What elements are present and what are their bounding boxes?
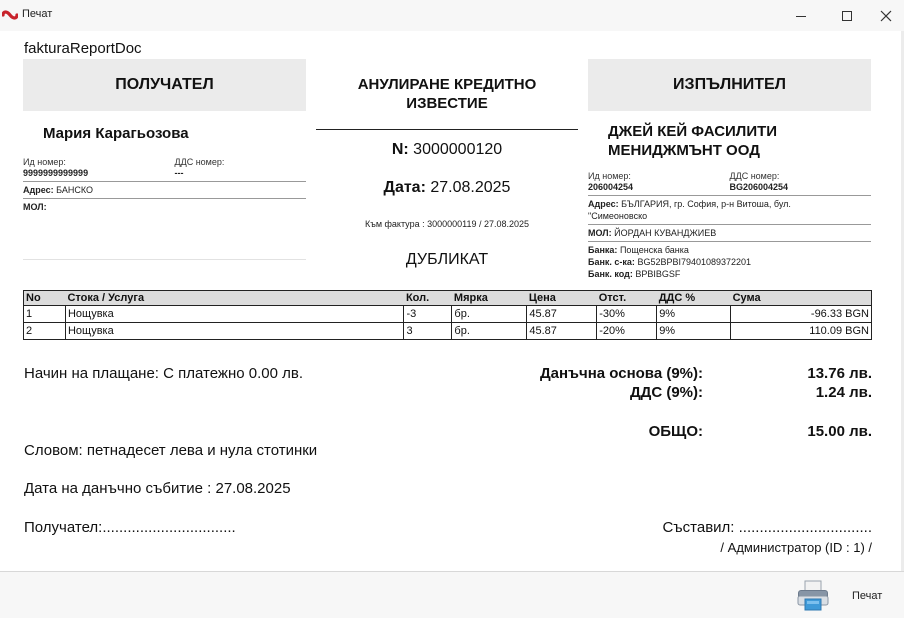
composer-role: / Администратор (ID : 1) / [720,540,872,555]
total-label: ОБЩО: [503,423,703,440]
executor-address-label: Адрес: [588,199,619,209]
cell-unit: бр. [452,323,527,340]
executor-address-value-2: "Симеоновско [588,211,647,221]
total-value: 15.00 лв. [752,423,872,440]
document-title: АНУЛИРАНЕ КРЕДИТНО ИЗВЕСТИЕ [316,75,578,113]
column-header: No [24,291,66,306]
report-viewer[interactable]: fakturaReportDoc ПОЛУЧАТЕЛ ИЗПЪЛНИТЕЛ АН… [0,31,904,571]
close-button[interactable] [868,0,904,31]
cell-item: Нощувка [65,323,404,340]
number-value: 3000000120 [413,141,502,158]
payment-method: Начин на плащане: С платежно 0.00 лв. [24,365,303,382]
column-header: Цена [527,291,597,306]
cell-item: Нощувка [65,306,404,323]
recipient-name: Мария Карагьозова [43,125,189,142]
executor-account-value: BG52BPBI79401089372201 [637,257,751,267]
date-value: 27.08.2025 [430,179,510,196]
recipient-vat-label: ДДС номер: [175,157,307,168]
executor-details: Ид номер: 206004254 ДДС номер: BG2060042… [588,171,871,280]
footer-bar: Печат [0,571,904,618]
print-button[interactable]: Печат [796,578,896,614]
executor-mol-label: МОЛ: [588,228,612,238]
column-header: Сума [731,291,872,306]
executor-address: Адрес: БЪЛГАРИЯ, гр. София, р-н Витоша, … [588,195,871,222]
executor-bank-value: Пощенска банка [620,245,689,255]
minimize-button[interactable] [778,0,824,31]
tax-base-value: 13.76 лв. [752,365,872,382]
cell-discount: -20% [597,323,657,340]
composer-signature: Съставил: ..............................… [662,519,872,536]
column-header: Мярка [452,291,527,306]
vat-value: 1.24 лв. [752,384,872,401]
cell-price: 45.87 [527,306,597,323]
table-row: 1 Нощувка -3 бр. 45.87 -30% 9% -96.33 BG… [24,306,872,323]
recipient-id-value: 9999999999999 [23,168,155,179]
window-titlebar: Печат [0,0,904,31]
cell-qty: 3 [404,323,452,340]
close-icon [880,10,892,22]
cell-vat: 9% [657,323,731,340]
column-header: Кол. [404,291,452,306]
cell-discount: -30% [597,306,657,323]
cell-vat: 9% [657,306,731,323]
recipient-address-label: Адрес: [23,185,54,195]
recipient-divider [23,259,306,260]
executor-vat-value: BG206004254 [730,182,872,193]
amount-in-words: Словом: петнадесет лева и нула стотинки [24,442,317,459]
executor-code-value: BPBIBGSF [635,269,680,279]
cell-no: 2 [24,323,66,340]
cell-unit: бр. [452,306,527,323]
cell-price: 45.87 [527,323,597,340]
document-number: N: 3000000120 [316,141,578,159]
cell-qty: -3 [404,306,452,323]
document-date: Дата: 27.08.2025 [316,179,578,197]
duplicate-label: ДУБЛИКАТ [316,251,578,269]
print-label: Печат [852,590,882,602]
app-logo-icon [2,10,18,20]
tax-event-date: Дата на данъчно събитие : 27.08.2025 [24,480,291,497]
column-header: Отст. [597,291,657,306]
printer-icon [796,580,830,612]
executor-id-value: 206004254 [588,182,730,193]
items-table: No Стока / Услуга Кол. Мярка Цена Отст. … [23,290,872,340]
executor-bank-label: Банка: [588,245,617,255]
maximize-button[interactable] [824,0,870,31]
minimize-icon [795,10,807,22]
executor-mol: МОЛ: ЙОРДАН КУВАНДЖИЕВ [588,224,871,239]
number-label: N: [392,141,409,158]
executor-id-label: Ид номер: [588,171,730,182]
recipient-address-value: БАНСКО [56,185,93,195]
executor-name: ДЖЕЙ КЕЙ ФАСИЛИТИ МЕНИДЖМЪНТ ООД [608,122,777,160]
executor-vat-label: ДДС номер: [730,171,872,182]
executor-name-line1: ДЖЕЙ КЕЙ ФАСИЛИТИ [608,122,777,141]
date-label: Дата: [384,179,426,196]
executor-bank-info: Банка: Пощенска банка Банк. с-ка: BG52BP… [588,241,871,280]
executor-name-line2: МЕНИДЖМЪНТ ООД [608,141,777,160]
executor-header: ИЗПЪЛНИТЕЛ [588,59,871,111]
cell-sum: -96.33 BGN [731,306,872,323]
maximize-icon [841,10,853,22]
tax-base-label: Данъчна основа (9%): [503,365,703,382]
recipient-details: Ид номер: 9999999999999 ДДС номер: --- А… [23,157,306,213]
recipient-vat-value: --- [175,168,307,179]
recipient-header: ПОЛУЧАТЕЛ [23,59,306,111]
cell-sum: 110.09 BGN [731,323,872,340]
table-header-row: No Стока / Услуга Кол. Мярка Цена Отст. … [24,291,872,306]
recipient-id-label: Ид номер: [23,157,155,168]
recipient-signature: Получател:..............................… [24,519,236,536]
report-name: fakturaReportDoc [24,40,142,57]
recipient-mol-label: МОЛ: [23,202,47,212]
recipient-mol: МОЛ: [23,198,306,213]
executor-account-label: Банк. с-ка: [588,257,635,267]
cell-no: 1 [24,306,66,323]
window-title: Печат [22,8,52,20]
column-header: ДДС % [657,291,731,306]
executor-code-label: Банк. код: [588,269,633,279]
recipient-address: Адрес: БАНСКО [23,181,306,196]
executor-address-value-1: БЪЛГАРИЯ, гр. София, р-н Витоша, бул. [621,199,791,209]
reference-invoice: Към фактура : 3000000119 / 27.08.2025 [316,219,578,229]
title-divider [316,129,578,130]
vat-label: ДДС (9%): [503,384,703,401]
executor-mol-value: ЙОРДАН КУВАНДЖИЕВ [614,228,716,238]
table-row: 2 Нощувка 3 бр. 45.87 -20% 9% 110.09 BGN [24,323,872,340]
column-header: Стока / Услуга [65,291,404,306]
